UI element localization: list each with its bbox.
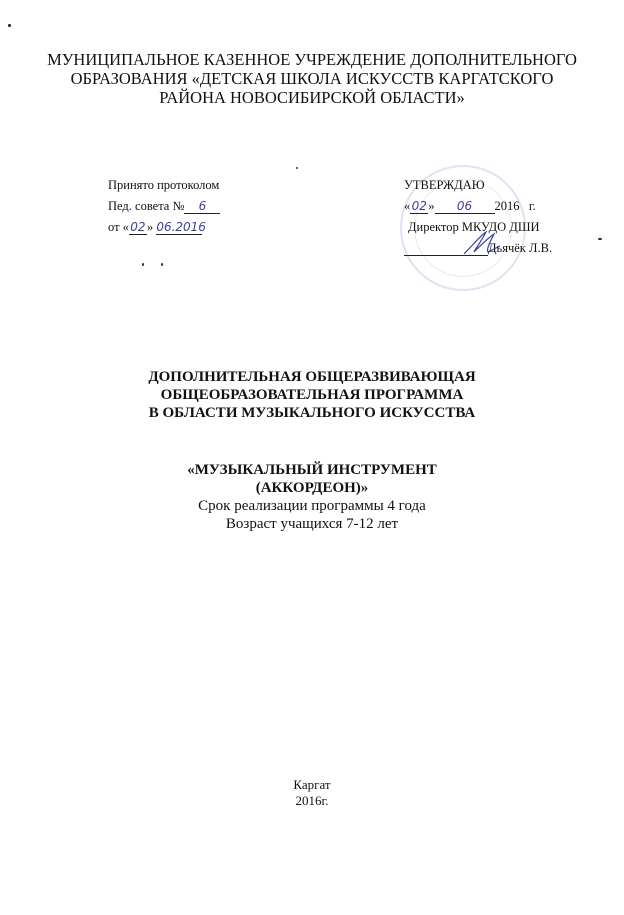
program-subtitle: «МУЗЫКАЛЬНЫЙ ИНСТРУМЕНТ (АККОРДЕОН)» Сро… (0, 461, 624, 533)
footer-year: 2016г. (0, 793, 624, 809)
protocol-number: 6 (184, 199, 220, 214)
header-line: РАЙОНА НОВОСИБИРСКОЙ ОБЛАСТИ» (0, 88, 624, 107)
approval-date-line: «02»062016 г. (404, 196, 552, 217)
subtitle-line: (АККОРДЕОН)» (0, 479, 624, 497)
approval-year: 2016 (495, 199, 520, 213)
date-prefix: от « (108, 220, 129, 234)
protocol-label: Принято протоколом (108, 175, 220, 196)
council-label: Пед. совета № (108, 199, 184, 213)
approval-title: УТВЕРЖДАЮ (404, 175, 552, 196)
protocol-date-line: от «02» 06.2016 (108, 217, 220, 238)
program-duration: Срок реализации программы 4 года (0, 497, 624, 515)
scan-speck (142, 263, 144, 266)
council-line: Пед. совета №6 (108, 196, 220, 217)
header-line: МУНИЦИПАЛЬНОЕ КАЗЕННОЕ УЧРЕЖДЕНИЕ ДОПОЛН… (0, 50, 624, 69)
student-age: Возраст учащихся 7-12 лет (0, 515, 624, 533)
protocol-month-year: 06.2016 (156, 220, 202, 235)
institution-header: МУНИЦИПАЛЬНОЕ КАЗЕННОЕ УЧРЕЖДЕНИЕ ДОПОЛН… (0, 50, 624, 107)
title-line: ДОПОЛНИТЕЛЬНАЯ ОБЩЕРАЗВИВАЮЩАЯ (0, 368, 624, 386)
scan-speck (8, 24, 11, 27)
document-footer: Каргат 2016г. (0, 777, 624, 809)
title-line: В ОБЛАСТИ МУЗЫКАЛЬНОГО ИСКУССТВА (0, 404, 624, 422)
approval-month: 06 (435, 199, 495, 214)
scan-speck (296, 167, 298, 169)
header-line: ОБРАЗОВАНИЯ «ДЕТСКАЯ ШКОЛА ИСКУССТВ КАРГ… (0, 69, 624, 88)
year-suffix: г. (529, 199, 536, 213)
footer-city: Каргат (0, 777, 624, 793)
scan-speck (161, 263, 163, 266)
quote-mark: » (147, 220, 153, 234)
protocol-day: 02 (129, 220, 147, 235)
subtitle-line: «МУЗЫКАЛЬНЫЙ ИНСТРУМЕНТ (0, 461, 624, 479)
signature-icon (462, 228, 502, 258)
title-line: ОБЩЕОБРАЗОВАТЕЛЬНАЯ ПРОГРАММА (0, 386, 624, 404)
scan-speck (598, 238, 602, 240)
protocol-block: Принято протоколом Пед. совета №6 от «02… (108, 175, 220, 238)
approval-day: 02 (410, 199, 428, 214)
program-title: ДОПОЛНИТЕЛЬНАЯ ОБЩЕРАЗВИВАЮЩАЯ ОБЩЕОБРАЗ… (0, 368, 624, 422)
